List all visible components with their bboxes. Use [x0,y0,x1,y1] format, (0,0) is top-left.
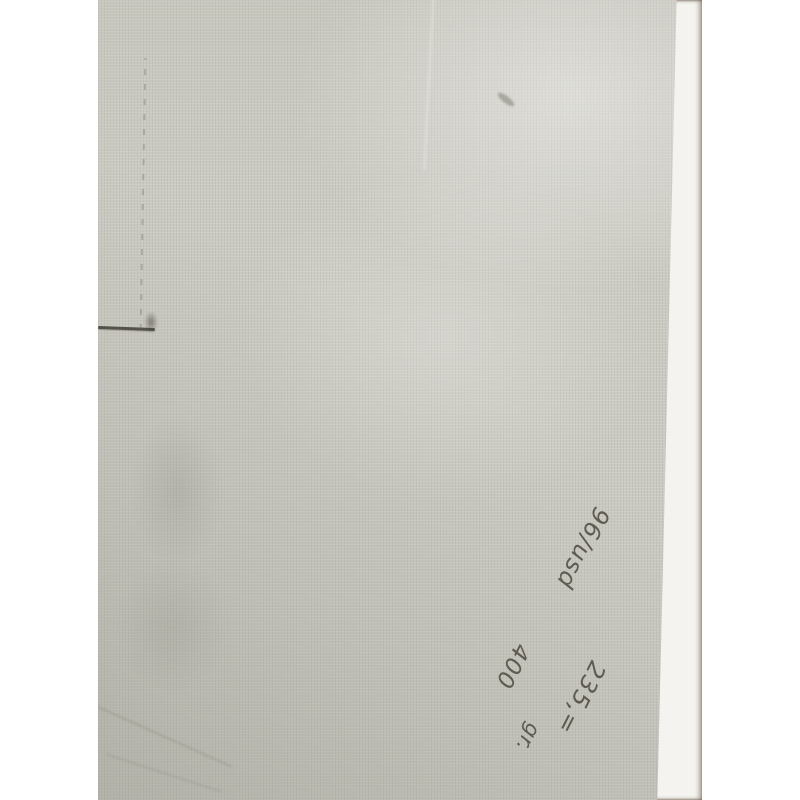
dark-pencil-line [98,326,155,331]
handwriting-weight: 400 [490,639,534,693]
fabric-crease [107,754,222,793]
fabric-highlight-crease [423,0,434,170]
dark-smudge-blob [144,311,158,333]
small-smudge [496,91,516,109]
fabric-photo: 96/usd 235,= 400 gr. [98,0,702,800]
white-canvas-background: 96/usd 235,= 400 gr. [0,0,800,800]
faint-smudge-left [132,415,222,565]
fabric-crease [98,705,232,768]
faint-smudge-lower-left [118,560,228,690]
handwriting-weight-unit: gr. [511,719,546,756]
linen-fabric-sheet: 96/usd 235,= 400 gr. [98,0,702,800]
handwriting-price: 235,= [551,657,612,740]
stitch-seam-line [140,58,147,330]
handwriting-rate: 96/usd [551,503,616,594]
